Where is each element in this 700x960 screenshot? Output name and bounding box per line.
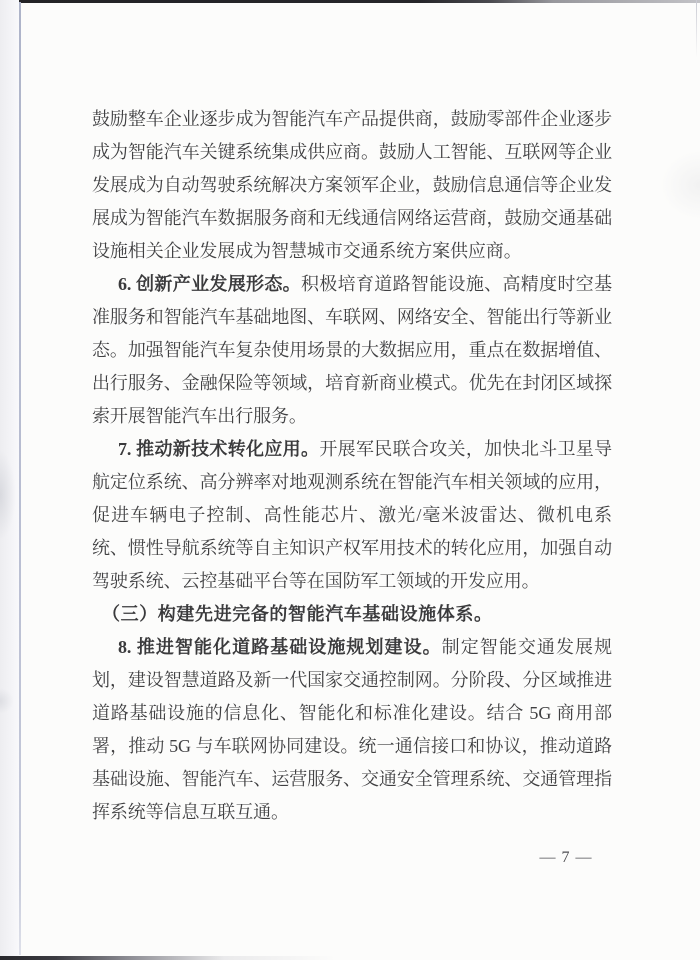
scan-artifact bbox=[696, 0, 697, 58]
section-heading-3: （三）构建先进完备的智能汽车基础设施体系。 bbox=[92, 598, 612, 631]
scan-page: 鼓励整车企业逐步成为智能汽车产品提供商，鼓励零部件企业逐步成为智能汽车关键系统集… bbox=[0, 0, 700, 960]
paragraph-lead: 8. 推进智能化道路基础设施规划建设。 bbox=[118, 637, 442, 657]
paragraph-lead: 7. 推动新技术转化应用。 bbox=[118, 439, 319, 459]
paragraph-text: 鼓励整车企业逐步成为智能汽车产品提供商，鼓励零部件企业逐步成为智能汽车关键系统集… bbox=[92, 109, 612, 261]
paragraph-item-8: 8. 推进智能化道路基础设施规划建设。制定智能交通发展规划，建设智慧道路及新一代… bbox=[92, 631, 612, 829]
paragraph-continuation: 鼓励整车企业逐步成为智能汽车产品提供商，鼓励零部件企业逐步成为智能汽车关键系统集… bbox=[92, 103, 612, 268]
bottom-edge-shadow bbox=[0, 956, 700, 960]
paragraph-text: 开展军民联合攻关，加快北斗卫星导航定位系统、高分辨率对地观测系统在智能汽车相关领… bbox=[92, 439, 612, 591]
paragraph-lead: 6. 创新产业发展形态。 bbox=[118, 274, 301, 294]
document-content: 鼓励整车企业逐步成为智能汽车产品提供商，鼓励零部件企业逐步成为智能汽车关键系统集… bbox=[92, 103, 612, 829]
scan-artifact bbox=[0, 450, 16, 540]
top-edge-shadow bbox=[0, 0, 700, 3]
scan-artifact bbox=[660, 150, 700, 220]
scan-artifact bbox=[0, 688, 14, 714]
paragraph-item-6: 6. 创新产业发展形态。积极培育道路智能设施、高精度时空基准服务和智能汽车基础地… bbox=[92, 268, 612, 433]
page-number: — 7 — bbox=[522, 849, 610, 867]
paragraph-item-7: 7. 推动新技术转化应用。开展军民联合攻关，加快北斗卫星导航定位系统、高分辨率对… bbox=[92, 433, 612, 598]
section-heading-text: （三）构建先进完备的智能汽车基础设施体系。 bbox=[102, 604, 493, 624]
paragraph-text: 制定智能交通发展规划，建设智慧道路及新一代国家交通控制网。分阶段、分区域推进道路… bbox=[92, 637, 612, 822]
paragraph-text: 积极培育道路智能设施、高精度时空基准服务和智能汽车基础地图、车联网、网络安全、智… bbox=[92, 274, 612, 426]
binding-line bbox=[19, 2, 21, 955]
